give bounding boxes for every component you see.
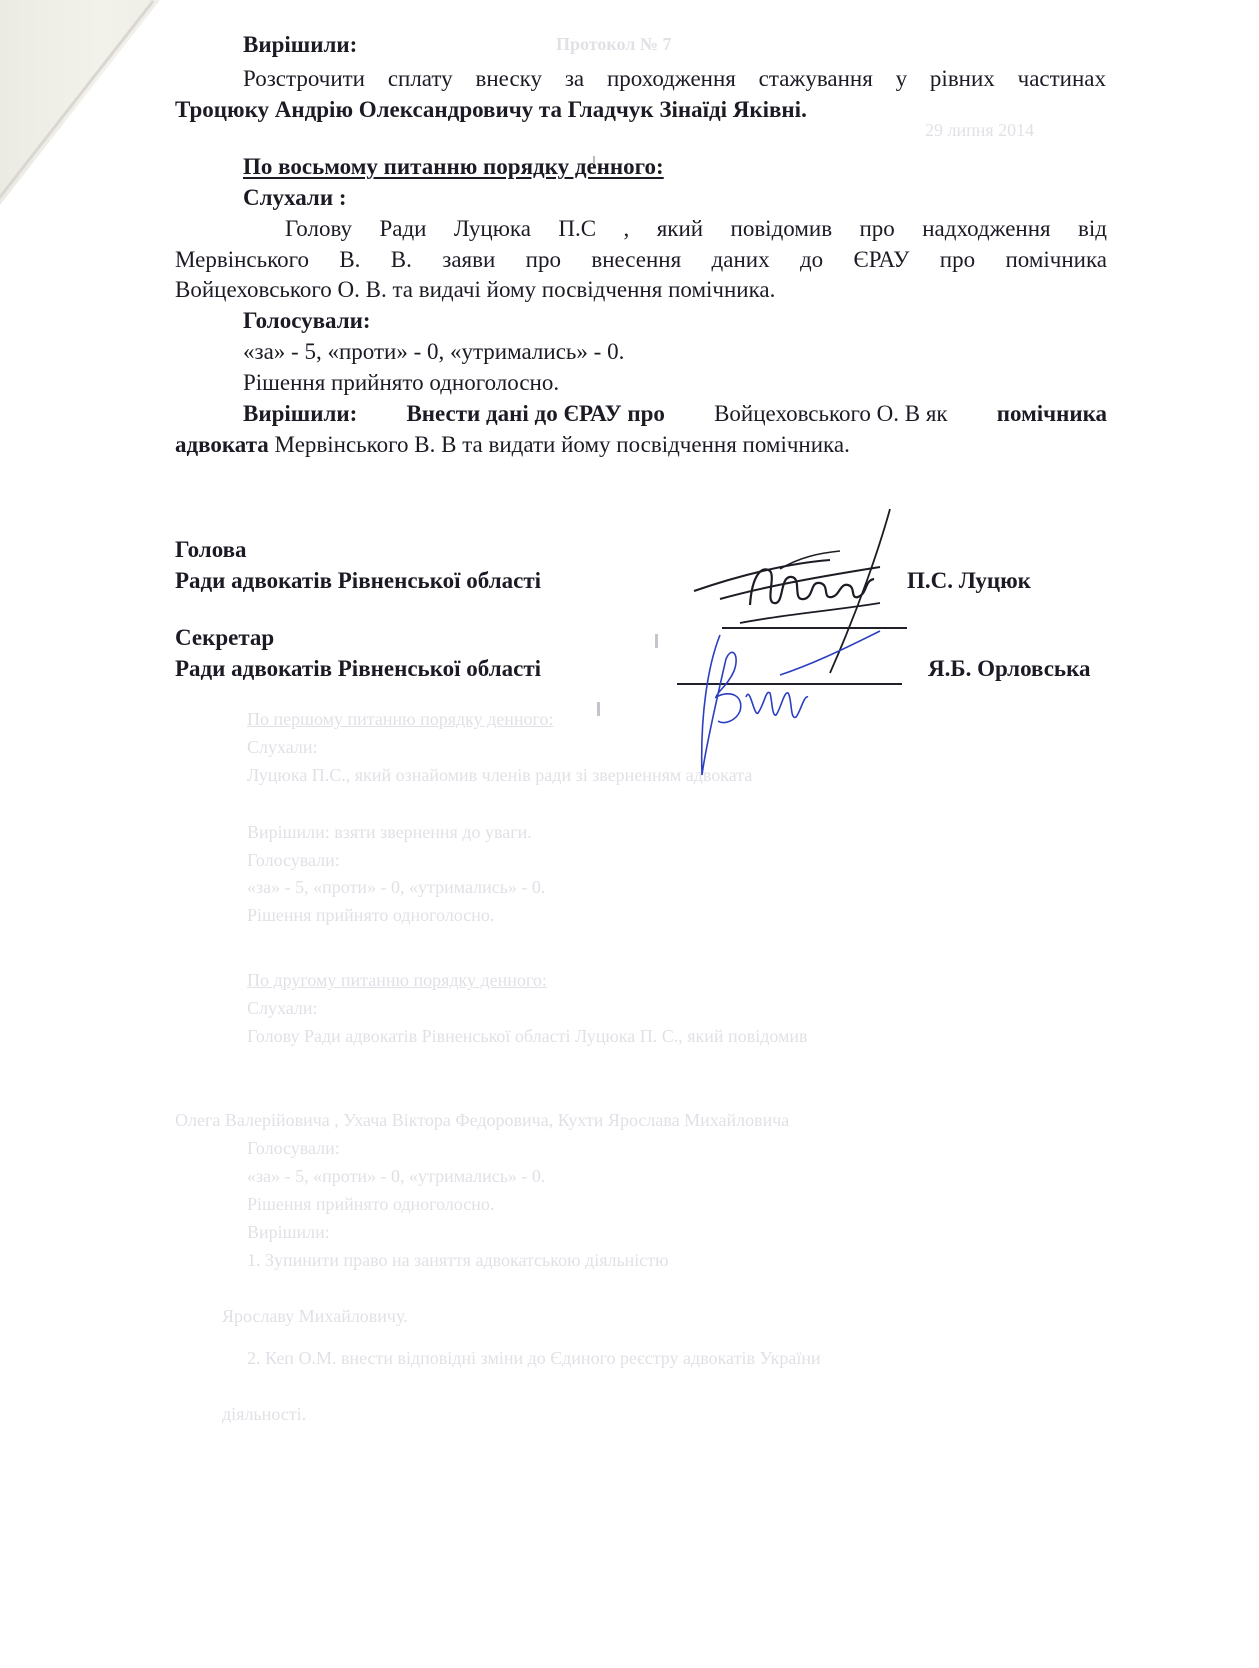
ghost-line: Вирішили: — [247, 1218, 330, 1247]
voted-label: Голосували: — [243, 306, 371, 336]
ghost-line: Олега Валерійовича , Ухача Віктора Федор… — [175, 1106, 789, 1135]
ghost-line: Протокол № 7 — [556, 30, 671, 59]
decided-role-cont: адвоката — [175, 432, 269, 457]
decided-line1: Вирішили: Внести дані до ЄРАУ про Войцех… — [243, 399, 1107, 429]
ghost-line: По першому питанню порядку денного: — [247, 705, 554, 734]
scanner-fold-edge — [0, 0, 170, 210]
ghost-line: 2. Кеп О.М. внести відповідні зміни до Є… — [247, 1344, 821, 1373]
ghost-line: «за» - 5, «проти» - 0, «утримались» - 0. — [247, 1162, 545, 1191]
ghost-line: «за» - 5, «проти» - 0, «утримались» - 0. — [247, 873, 545, 902]
ghost-line: діяльності. — [222, 1400, 306, 1429]
decided-bold-phrase: Внести дані до ЄРАУ про — [406, 399, 664, 429]
ghost-line: 1. Зупинити право на заняття адвокатсько… — [247, 1246, 669, 1275]
agenda-item-heading: По восьмому питанню порядку денного: — [243, 152, 664, 182]
decision-result: Рішення прийнято одноголосно. — [243, 368, 559, 398]
vote-tally: «за» - 5, «проти» - 0, «утримались» - 0. — [243, 337, 624, 367]
chair-name: П.С. Луцюк — [907, 566, 1031, 596]
decision-heading: Вирішили: — [243, 30, 357, 60]
ghost-line: Слухали: — [247, 994, 318, 1023]
decided-role: помічника — [997, 399, 1107, 429]
ghost-line: Голосували: — [247, 846, 340, 875]
heard-text-line1: Голову Ради Луцюка П.С , який повідомив … — [285, 214, 1107, 244]
heard-text-line2: Мервінського В. В. заяви про внесення да… — [175, 245, 1107, 275]
chair-council: Ради адвокатів Рівненської області — [175, 566, 541, 596]
ghost-line: Рішення прийнято одноголосно. — [247, 901, 494, 930]
heard-text-line3: Войцеховського О. В. та видачі йому посв… — [175, 275, 775, 305]
decision-text: Розстрочити сплату внеску за проходження… — [243, 64, 1106, 94]
ghost-line: Ярославу Михайловичу. — [222, 1302, 408, 1331]
decided-label: Вирішили: — [243, 399, 357, 429]
secretary-council: Ради адвокатів Рівненської області — [175, 654, 541, 684]
heard-label: Слухали : — [243, 183, 346, 213]
ghost-line: Рішення прийнято одноголосно. — [247, 1190, 494, 1219]
decided-line2: адвоката Мервінського В. В та видати йом… — [175, 430, 850, 460]
ghost-line: Голову Ради адвокатів Рівненської област… — [247, 1022, 808, 1051]
secretary-signature-icon — [680, 625, 910, 785]
ghost-line: Вирішили: взяти звернення до уваги. — [247, 818, 532, 847]
scan-speck — [597, 702, 600, 716]
scan-speck — [655, 634, 658, 648]
decision-names: Троцюку Андрію Олександровичу та Гладчук… — [175, 95, 807, 125]
chair-title: Голова — [175, 535, 247, 565]
ghost-line: Голосували: — [247, 1134, 340, 1163]
ghost-line: 29 липня 2014 — [925, 116, 1034, 145]
scanned-page: Протокол № 7 29 липня 2014 По першому пи… — [0, 0, 1259, 1668]
secretary-name: Я.Б. Орловська — [928, 654, 1090, 684]
ghost-line: Слухали: — [247, 733, 318, 762]
secretary-title: Секретар — [175, 623, 274, 653]
decided-person: Войцеховського О. В як — [714, 399, 947, 429]
scan-speck — [593, 156, 595, 164]
decided-rest: Мервінського В. В та видати йому посвідч… — [275, 432, 850, 457]
ghost-line: По другому питанню порядку денного: — [247, 966, 547, 995]
ghost-line: Луцюка П.С., який ознайомив членів ради … — [247, 761, 752, 790]
